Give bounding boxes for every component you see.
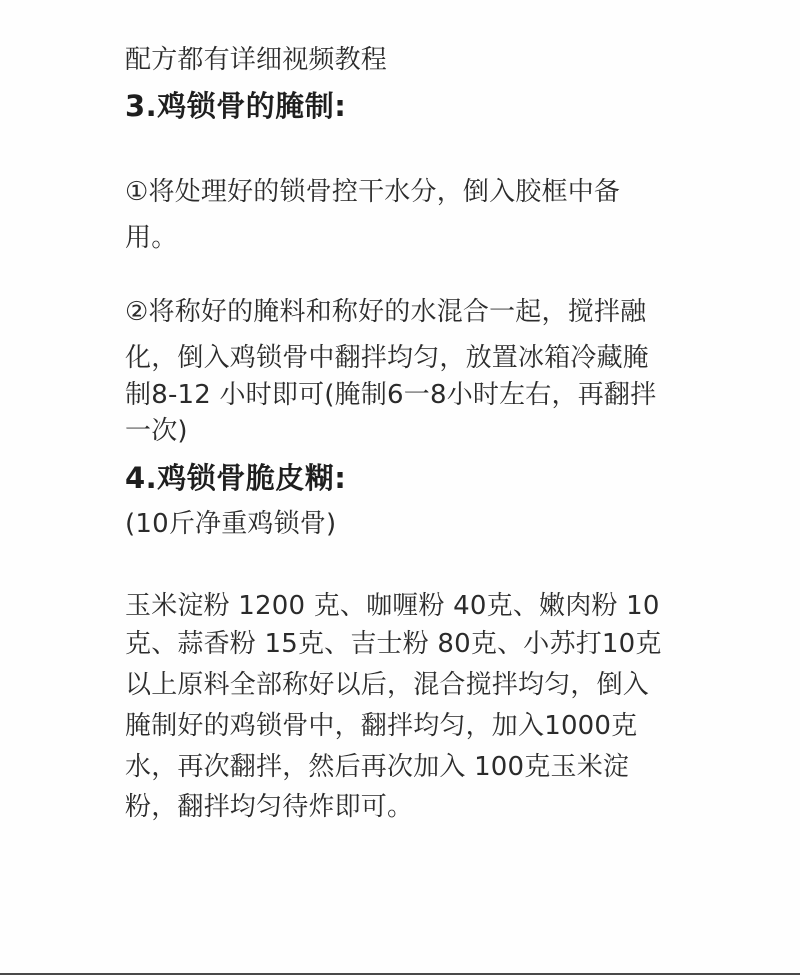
section-4-body-line-4: 腌制好的鸡锁骨中，翻拌均匀，加入1000克 <box>125 710 637 742</box>
section-4-note: (10斤净重鸡锁骨) <box>125 508 336 540</box>
section-3-title: 3.鸡锁骨的腌制: <box>125 90 346 122</box>
section-3-step-2-line-2: 化，倒入鸡锁骨中翻拌均匀，放置冰箱冷藏腌 <box>125 342 649 374</box>
section-3-step-2-line-4: 一次) <box>125 415 188 447</box>
section-4-body-line-2: 克、蒜香粉 15克、吉士粉 80克、小苏打10克 <box>125 628 662 660</box>
section-4-body-line-6: 粉，翻拌均匀待炸即可。 <box>125 791 413 823</box>
section-3-step-1-line-2: 用。 <box>125 222 177 254</box>
section-3-step-2-line-1: ②将称好的腌料和称好的水混合一起，搅拌融 <box>125 296 646 328</box>
intro-text: 配方都有详细视频教程 <box>125 44 387 76</box>
section-3-step-2-line-3: 制8-12 小时即可(腌制6一8小时左右，再翻拌 <box>125 379 656 411</box>
section-4-body-line-5: 水，再次翻拌，然后再次加入 100克玉米淀 <box>125 751 629 783</box>
section-4-body-line-1: 玉米淀粉 1200 克、咖喱粉 40克、嫩肉粉 10 <box>125 590 660 622</box>
section-4-body-line-3: 以上原料全部称好以后，混合搅拌均匀，倒入 <box>125 669 649 701</box>
section-3-step-1-line-1: ①将处理好的锁骨控干水分，倒入胶框中备 <box>125 176 620 208</box>
section-4-title: 4.鸡锁骨脆皮糊: <box>125 462 346 494</box>
